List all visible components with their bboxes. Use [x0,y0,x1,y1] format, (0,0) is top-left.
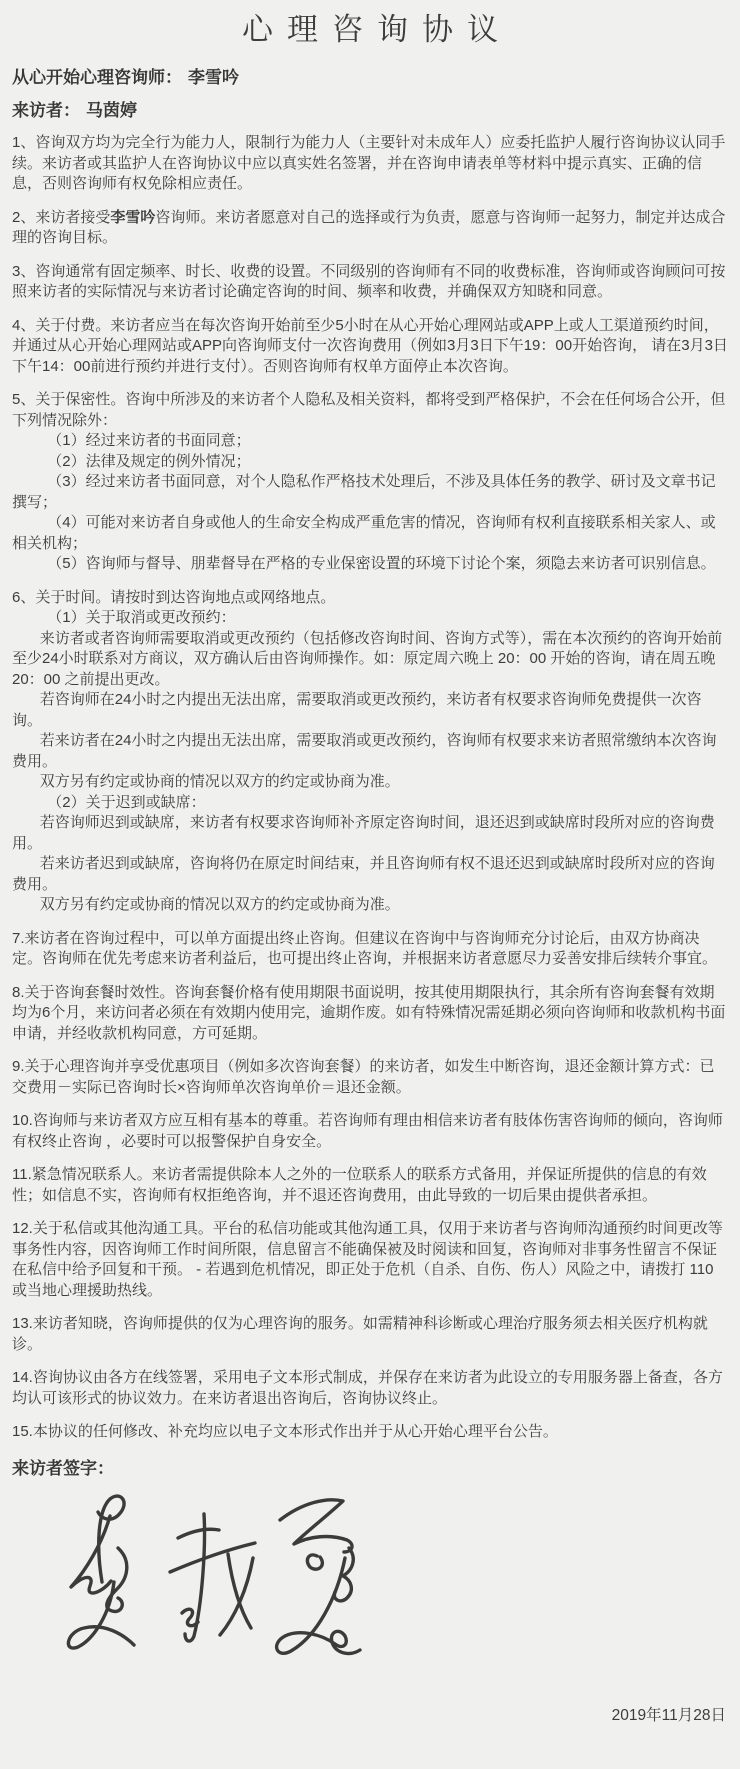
clause-paragraph: 若来访者在24小时之内提出无法出席，需要取消或更改预约，咨询师有权要求来访者照常… [12,731,728,772]
clause-paragraph: 15.本协议的任何修改、补充均应以电子文本形式作出并于从心开始心理平台公告。 [12,1422,728,1443]
clause-paragraph: 若咨询师迟到或缺席，来访者有权要求咨询师补齐原定咨询时间，退还迟到或缺席时段所对… [12,813,728,854]
clause-paragraph: 3、咨询通常有固定频率、时长、收费的设置。不同级别的咨询师有不同的收费标准，咨询… [12,262,728,303]
text-run: 若来访者迟到或缺席，咨询将仍在原定时间结束，并且咨询师有权不退还迟到或缺席时段所… [12,855,715,893]
clause-paragraph: 7.来访者在咨询过程中，可以单方面提出终止咨询。但建议在咨询中与咨询师充分讨论后… [12,929,728,970]
signature-label: 来访者签字： [12,1458,728,1480]
counselor-line: 从心开始心理咨询师：李雪吟 [12,67,728,89]
clause-paragraph: 若来访者迟到或缺席，咨询将仍在原定时间结束，并且咨询师有权不退还迟到或缺席时段所… [12,854,728,895]
visitor-line: 来访者：马茵婷 [12,100,728,122]
text-run: （2）法律及规定的例外情况； [47,453,250,470]
clause-paragraph: 若咨询师在24小时之内提出无法出席，需要取消或更改预约，来访者有权要求咨询师免费… [12,690,728,731]
text-run: 6、关于时间。请按时到达咨询地点或网络地点。 [12,589,335,606]
clause-paragraph: （4）可能对来访者自身或他人的生命安全构成严重危害的情况，咨询师有权利直接联系相… [12,513,728,554]
text-run: 双方另有约定或协商的情况以双方的约定或协商为准。 [40,896,400,913]
clause-paragraph: 4、关于付费。来访者应当在每次咨询开始前至少5小时在从心开始心理网站或APP上或… [12,316,728,378]
clauses: 1、咨询双方均为完全行为能力人，限制行为能力人（主要针对未成年人）应委托监护人履… [12,133,728,1443]
document-date: 2019年11月28日 [12,1706,726,1726]
text-run: 4、关于付费。来访者应当在每次咨询开始前至少5小时在从心开始心理网站或APP上或… [12,317,728,375]
text-run: 12.关于私信或其他沟通工具。平台的私信功能或其他沟通工具，仅用于来访者与咨询师… [12,1220,723,1299]
clause-paragraph: 13.来访者知晓，咨询师提供的仅为心理咨询的服务。如需精神科诊断或心理治疗服务须… [12,1314,728,1355]
clause-paragraph: 1、咨询双方均为完全行为能力人，限制行为能力人（主要针对未成年人）应委托监护人履… [12,133,728,195]
text-run: 13.来访者知晓，咨询师提供的仅为心理咨询的服务。如需精神科诊断或心理治疗服务须… [12,1315,708,1353]
text-run: （1）关于取消或更改预约： [47,609,235,626]
text-run: 若咨询师迟到或缺席，来访者有权要求咨询师补齐原定咨询时间，退还迟到或缺席时段所对… [12,814,715,852]
clause-paragraph: 5、关于保密性。咨询中所涉及的来访者个人隐私及相关资料，都将受到严格保护，不会在… [12,390,728,431]
clause-paragraph: 12.关于私信或其他沟通工具。平台的私信功能或其他沟通工具，仅用于来访者与咨询师… [12,1219,728,1301]
clause-paragraph: （1）经过来访者的书面同意； [12,431,728,452]
text-run: 15.本协议的任何修改、补充均应以电子文本形式作出并于从心开始心理平台公告。 [12,1423,558,1440]
clause-paragraph: 9.关于心理咨询并享受优惠项目（例如多次咨询套餐）的来访者，如发生中断咨询，退还… [12,1057,728,1098]
clause-paragraph: （2）关于迟到或缺席： [12,793,728,814]
text-run: （5）咨询师与督导、朋辈督导在严格的专业保密设置的环境下讨论个案，须隐去来访者可… [47,555,715,572]
clause-paragraph: 8.关于咨询套餐时效性。咨询套餐价格有使用期限书面说明，按其使用期限执行，其余所… [12,983,728,1045]
clause-paragraph: 10.咨询师与来访者双方应互相有基本的尊重。若咨询师有理由相信来访者有肢体伤害咨… [12,1111,728,1152]
text-run: 14.咨询协议由各方在线签署，采用电子文本形式制成，并保存在来访者为此设立的专用… [12,1369,723,1407]
visitor-name: 马茵婷 [86,101,137,120]
text-run: 8.关于咨询套餐时效性。咨询套餐价格有使用期限书面说明，按其使用期限执行，其余所… [12,984,725,1042]
text-run: （3）经过来访者书面同意，对个人隐私作严格技术处理后，不涉及具体任务的教学、研讨… [12,473,716,511]
text-run: （4）可能对来访者自身或他人的生命安全构成严重危害的情况，咨询师有权利直接联系相… [12,514,716,552]
text-run: 若咨询师在24小时之内提出无法出席，需要取消或更改预约，来访者有权要求咨询师免费… [12,691,701,729]
handwritten-signature-icon [58,1486,368,1676]
text-run: 2、来访者接受 [12,209,110,226]
clause-paragraph: （1）关于取消或更改预约： [12,608,728,629]
clause-paragraph: 6、关于时间。请按时到达咨询地点或网络地点。 [12,588,728,609]
text-run: 7.来访者在咨询过程中，可以单方面提出终止咨询。但建议在咨询中与咨询师充分讨论后… [12,930,717,968]
clause-paragraph: （3）经过来访者书面同意，对个人隐私作严格技术处理后，不涉及具体任务的教学、研讨… [12,472,728,513]
bold-run: 李雪吟 [110,209,155,226]
text-run: （1）经过来访者的书面同意； [47,432,250,449]
visitor-label: 来访者： [12,101,80,120]
document-title: 心理咨询协议 [12,10,728,50]
clause-paragraph: 双方另有约定或协商的情况以双方的约定或协商为准。 [12,772,728,793]
counselor-label: 从心开始心理咨询师： [12,68,182,87]
text-run: 5、关于保密性。咨询中所涉及的来访者个人隐私及相关资料，都将受到严格保护，不会在… [12,391,725,429]
clause-paragraph: （5）咨询师与督导、朋辈督导在严格的专业保密设置的环境下讨论个案，须隐去来访者可… [12,554,728,575]
text-run: （2）关于迟到或缺席： [47,794,205,811]
text-run: 来访者或者咨询师需要取消或更改预约（包括修改咨询时间、咨询方式等），需在本次预约… [12,630,722,688]
clause-paragraph: （2）法律及规定的例外情况； [12,452,728,473]
clause-paragraph: 来访者或者咨询师需要取消或更改预约（包括修改咨询时间、咨询方式等），需在本次预约… [12,629,728,691]
clause-paragraph: 2、来访者接受李雪吟咨询师。来访者愿意对自己的选择或行为负责，愿意与咨询师一起努… [12,208,728,249]
signature-area [58,1486,728,1678]
clause-paragraph: 14.咨询协议由各方在线签署，采用电子文本形式制成，并保存在来访者为此设立的专用… [12,1368,728,1409]
agreement-document: 心理咨询协议 从心开始心理咨询师：李雪吟 来访者：马茵婷 1、咨询双方均为完全行… [0,0,740,1769]
text-run: 9.关于心理咨询并享受优惠项目（例如多次咨询套餐）的来访者，如发生中断咨询，退还… [12,1058,715,1096]
text-run: 双方另有约定或协商的情况以双方的约定或协商为准。 [40,773,400,790]
text-run: 若来访者在24小时之内提出无法出席，需要取消或更改预约，咨询师有权要求来访者照常… [12,732,716,770]
clause-paragraph: 双方另有约定或协商的情况以双方的约定或协商为准。 [12,895,728,916]
text-run: 1、咨询双方均为完全行为能力人，限制行为能力人（主要针对未成年人）应委托监护人履… [12,134,725,192]
clause-paragraph: 11.紧急情况联系人。来访者需提供除本人之外的一位联系人的联系方式备用，并保证所… [12,1165,728,1206]
text-run: 11.紧急情况联系人。来访者需提供除本人之外的一位联系人的联系方式备用，并保证所… [12,1166,707,1204]
text-run: 3、咨询通常有固定频率、时长、收费的设置。不同级别的咨询师有不同的收费标准，咨询… [12,263,725,301]
counselor-name: 李雪吟 [188,68,239,87]
text-run: 10.咨询师与来访者双方应互相有基本的尊重。若咨询师有理由相信来访者有肢体伤害咨… [12,1112,723,1150]
